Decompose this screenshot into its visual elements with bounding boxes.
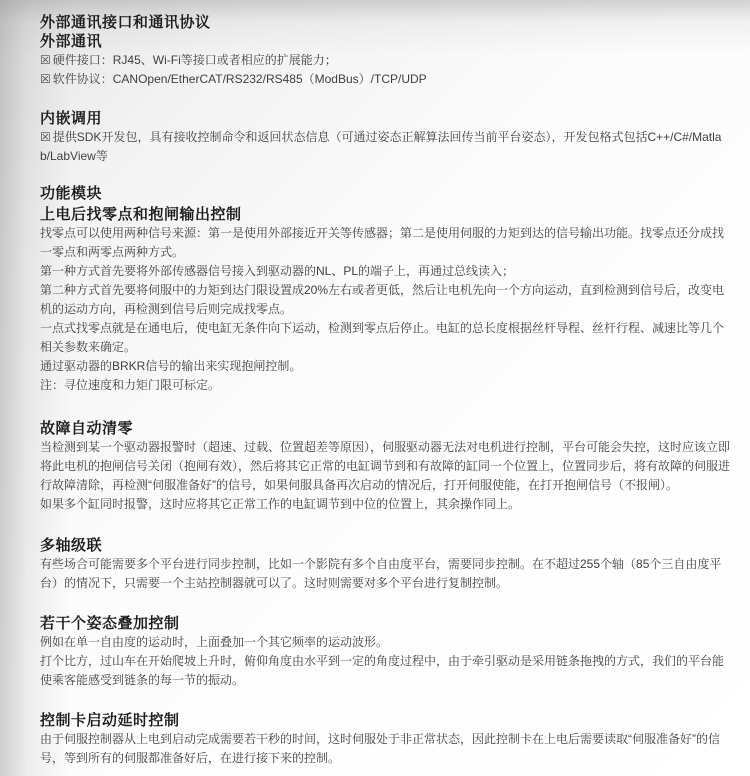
subsection-title-multi-axis: 多轴级联 [40,536,730,555]
software-protocol-line: ☒软件协议：CANOpen/EtherCAT/RS232/RS485（ModBu… [40,70,730,89]
section-title-embedded-call: 内嵌调用 [40,109,730,128]
section-title-function-modules: 功能模块 [40,184,730,203]
embedded-sdk-text: 提供SDK开发包，具有接收控制命令和返回状态信息（可通过姿态正解算法回传当前平台… [40,130,721,163]
ballot-box-x-icon: ☒ [40,72,51,86]
software-protocol-text: 软件协议：CANOpen/EtherCAT/RS232/RS485（ModBus… [53,72,427,86]
section-title-external-comm: 外部通讯接口和通讯协议 [40,13,730,32]
zero-paragraph-2: 第一种方式首先要将外部传感器信号接入到驱动器的NL、PL的端子上，再通过总线读入… [40,262,730,281]
subsection-title-external-comm: 外部通讯 [40,32,730,51]
superpose-paragraph-2: 打个比方，过山车在开始爬坡上升时，俯仰角度由水平到一定的角度过程中，由于牵引驱动… [40,652,730,690]
ballot-box-x-icon: ☒ [40,53,51,67]
zero-paragraph-3: 第二种方式首先要将伺服中的力矩到达门限设置成20%左右或者更低，然后让电机先向一… [40,281,730,319]
zero-paragraph-1: 找零点可以使用两种信号来源：第一是使用外部接近开关等传感器；第二是使用伺服的力矩… [40,224,730,262]
superpose-paragraph-1: 例如在单一自由度的运动时，上面叠加一个其它频率的运动波形。 [40,633,730,652]
fault-paragraph-1: 当检测到某一个驱动器报警时（超速、过载、位置超差等原因），伺服驱动器无法对电机进… [40,438,730,495]
hardware-interface-line: ☒硬件接口：RJ45、Wi-Fi等接口或者相应的扩展能力； [40,51,730,70]
subsection-title-fault-clear: 故障自动清零 [40,419,730,438]
fault-paragraph-2: 如果多个缸同时报警，这时应将其它正常工作的电缸调节到中位的位置上，其余操作同上。 [40,495,730,514]
startup-delay-paragraph: 由于伺服控制器从上电到启动完成需要若干秒的时间，这时伺服处于非正常状态，因此控制… [40,730,730,768]
hardware-interface-text: 硬件接口：RJ45、Wi-Fi等接口或者相应的扩展能力； [53,53,337,67]
zero-paragraph-5: 通过驱动器的BRKR信号的输出来实现抱闸控制。 [40,357,730,376]
zero-paragraph-4: 一点式找零点就是在通电后，使电缸无条件向下运动，检测到零点后停止。电缸的总长度根… [40,319,730,357]
zero-paragraph-note: 注：寻位速度和力矩门限可标定。 [40,376,730,395]
subsection-title-pose-superpose: 若干个姿态叠加控制 [40,614,730,633]
document-content: 外部通讯接口和通讯协议 外部通讯 ☒硬件接口：RJ45、Wi-Fi等接口或者相应… [0,0,730,768]
multi-axis-paragraph: 有些场合可能需要多个平台进行同步控制，比如一个影院有多个自由度平台，需要同步控制… [40,555,730,593]
subsection-title-startup-delay: 控制卡启动延时控制 [40,711,730,730]
subsection-title-zero-find: 上电后找零点和抱闸输出控制 [40,205,730,224]
embedded-sdk-line: ☒提供SDK开发包，具有接收控制命令和返回状态信息（可通过姿态正解算法回传当前平… [40,128,730,166]
ballot-box-x-icon: ☒ [40,130,51,144]
